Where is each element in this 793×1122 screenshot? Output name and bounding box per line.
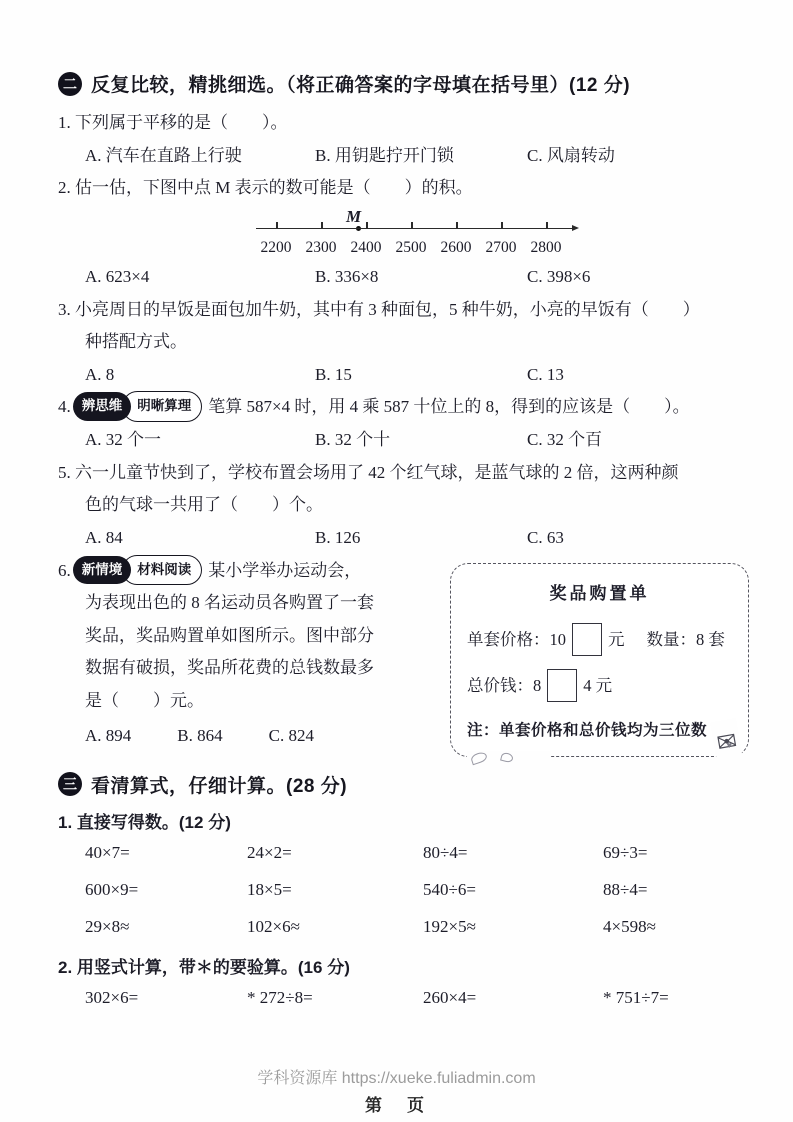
prize-total-line: 总价钱：8 4 元 bbox=[467, 669, 732, 702]
section-choice-header: 二 反复比较，精挑细选。（将正确答案的字母填在括号里）(12 分) bbox=[58, 70, 749, 97]
footer-site-link: 学科资源库 https://xueke.fuliadmin.com bbox=[0, 1065, 793, 1088]
option-a: A. 894 bbox=[85, 720, 131, 753]
calc-item: 4×598≈ bbox=[603, 917, 749, 937]
question-6-line4: 数据有破损，奖品所花费的总钱数最多 bbox=[58, 652, 436, 685]
vertical-calc-heading: 2. 用竖式计算，带＊的要验算。(16 分) bbox=[58, 953, 749, 978]
damaged-digit-box bbox=[547, 669, 577, 702]
option-b: B. 用钥匙拧开门锁 bbox=[315, 140, 527, 173]
price-unit: 元 bbox=[608, 624, 625, 656]
question-6-line1: 6.新情境材料阅读某小学举办运动会， bbox=[58, 555, 436, 588]
number-line: 2200 2300 2400 2500 2600 2700 2800 M bbox=[256, 207, 578, 259]
calc-item: 88÷4= bbox=[603, 880, 749, 900]
question-4-text-line: 4.辨思维明晰算理笔算 587×4 时，用 4 乘 587 十位上的 8，得到的… bbox=[58, 391, 749, 424]
question-3-options: A. 8 B. 15 C. 13 bbox=[58, 359, 749, 392]
badge-new-context: 新情境 bbox=[73, 556, 132, 585]
question-6-line5: 是（ ）元。 bbox=[58, 685, 436, 718]
option-a: A. 84 bbox=[85, 522, 315, 555]
calc-item: 260×4= bbox=[423, 988, 603, 1008]
price-label: 单套价格：10 bbox=[467, 624, 566, 656]
question-4-text: 笔算 587×4 时，用 4 乘 587 十位上的 8，得到的应该是（ ）。 bbox=[208, 397, 689, 416]
damaged-digit-box bbox=[572, 623, 602, 656]
question-6-text: 某小学举办运动会， bbox=[208, 561, 361, 580]
question-6-line3: 奖品，奖品购置单如图所示。图中部分 bbox=[58, 620, 436, 653]
prize-card-title: 奖品购置单 bbox=[467, 578, 732, 611]
tick-label: 2700 bbox=[478, 233, 524, 263]
option-c: C. 398×6 bbox=[527, 261, 749, 294]
option-c: C. 63 bbox=[527, 522, 749, 555]
badge-reasoning: 明晰算理 bbox=[122, 391, 202, 422]
calc-item: 302×6= bbox=[85, 988, 247, 1008]
exam-page: 二 反复比较，精挑细选。（将正确答案的字母填在括号里）(12 分) 1. 下列属… bbox=[0, 0, 793, 1122]
tick-label: 2300 bbox=[298, 233, 344, 263]
prize-card-note: 注：单套价格和总价钱均为三位数 bbox=[467, 716, 732, 746]
option-a: A. 汽车在直路上行驶 bbox=[85, 140, 315, 173]
section-choice-title: 反复比较，精挑细选。（将正确答案的字母填在括号里）(12 分) bbox=[91, 70, 630, 97]
calc-item: 29×8≈ bbox=[85, 917, 247, 937]
question-6-options: A. 894 B. 864 C. 824 bbox=[58, 720, 436, 753]
total-suffix: 4 元 bbox=[583, 670, 612, 702]
tick-label: 2500 bbox=[388, 233, 434, 263]
section-calc-header: 三 看清算式，仔细计算。(28 分) bbox=[58, 771, 749, 798]
option-a: A. 623×4 bbox=[85, 261, 315, 294]
calc-item: 540÷6= bbox=[423, 880, 603, 900]
calc-item: 102×6≈ bbox=[247, 917, 423, 937]
question-6-line2: 为表现出色的 8 名运动员各购置了一套 bbox=[58, 587, 436, 620]
footer-page-number: 第 页 bbox=[0, 1091, 793, 1116]
question-6: 6.新情境材料阅读某小学举办运动会， 为表现出色的 8 名运动员各购置了一套 奖… bbox=[58, 555, 749, 757]
option-b: B. 126 bbox=[315, 522, 527, 555]
question-3-line1: 3. 小亮周日的早饭是面包加牛奶，其中有 3 种面包，5 种牛奶，小亮的早饭有（… bbox=[58, 294, 749, 327]
option-c: C. 风扇转动 bbox=[527, 140, 749, 173]
tick-label: 2800 bbox=[523, 233, 569, 263]
badge-material-reading: 材料阅读 bbox=[122, 555, 202, 586]
number-line-axis bbox=[256, 228, 574, 230]
question-6-number: 6. bbox=[58, 561, 71, 580]
question-4-options: A. 32 个一 B. 32 个十 C. 32 个百 bbox=[58, 424, 749, 457]
tick-label: 2600 bbox=[433, 233, 479, 263]
calc-item: 80÷4= bbox=[423, 843, 603, 863]
question-6-text-block: 6.新情境材料阅读某小学举办运动会， 为表现出色的 8 名运动员各购置了一套 奖… bbox=[58, 555, 436, 753]
option-a: A. 32 个一 bbox=[85, 424, 315, 457]
question-1-options: A. 汽车在直路上行驶 B. 用钥匙拧开门锁 C. 风扇转动 bbox=[58, 140, 749, 173]
badge-thinking: 辨思维 bbox=[73, 392, 132, 421]
question-4-number: 4. bbox=[58, 397, 71, 416]
calc-item: * 272÷8= bbox=[247, 988, 423, 1008]
direct-calc-heading: 1. 直接写得数。(12 分) bbox=[58, 808, 749, 833]
question-4: 4.辨思维明晰算理笔算 587×4 时，用 4 乘 587 十位上的 8，得到的… bbox=[58, 391, 749, 456]
section-three-icon: 三 bbox=[58, 772, 82, 796]
section-calc-title: 看清算式，仔细计算。(28 分) bbox=[91, 771, 347, 798]
question-1-text: 1. 下列属于平移的是（ ）。 bbox=[58, 107, 749, 140]
calc-item: 40×7= bbox=[85, 843, 247, 863]
option-c: C. 13 bbox=[527, 359, 749, 392]
question-5-line2: 色的气球一共用了（ ）个。 bbox=[58, 489, 749, 522]
question-3: 3. 小亮周日的早饭是面包加牛奶，其中有 3 种面包，5 种牛奶，小亮的早饭有（… bbox=[58, 294, 749, 392]
question-2-options: A. 623×4 B. 336×8 C. 398×6 bbox=[58, 261, 749, 294]
question-3-line2: 种搭配方式。 bbox=[58, 326, 749, 359]
question-5: 5. 六一儿童节快到了，学校布置会场用了 42 个红气球，是蓝气球的 2 倍，这… bbox=[58, 457, 749, 555]
option-c: C. 824 bbox=[269, 720, 314, 753]
calc-item: 600×9= bbox=[85, 880, 247, 900]
option-b: B. 32 个十 bbox=[315, 424, 527, 457]
option-c: C. 32 个百 bbox=[527, 424, 749, 457]
question-6-badges: 新情境材料阅读 bbox=[73, 555, 203, 586]
option-a: A. 8 bbox=[85, 359, 315, 392]
page-content: 二 反复比较，精挑细选。（将正确答案的字母填在括号里）(12 分) 1. 下列属… bbox=[0, 0, 793, 1008]
question-2-text: 2. 估一估，下图中点 M 表示的数可能是（ ）的积。 bbox=[58, 172, 749, 205]
calc-item: 24×2= bbox=[247, 843, 423, 863]
vertical-calc-row: 302×6= * 272÷8= 260×4= * 751÷7= bbox=[58, 988, 749, 1008]
total-label: 总价钱：8 bbox=[467, 670, 541, 702]
prize-purchase-card: 奖品购置单 单套价格：10 元 数量：8 套 总价钱：8 4 元 注：单套价格和… bbox=[450, 563, 749, 757]
tick-label: 2200 bbox=[253, 233, 299, 263]
option-b: B. 864 bbox=[177, 720, 222, 753]
prize-price-line: 单套价格：10 元 数量：8 套 bbox=[467, 623, 732, 656]
question-2: 2. 估一估，下图中点 M 表示的数可能是（ ）的积。 2200 2300 24… bbox=[58, 172, 749, 293]
question-4-badges: 辨思维明晰算理 bbox=[73, 391, 203, 422]
quantity-label: 数量：8 套 bbox=[647, 624, 725, 656]
calc-item: * 751÷7= bbox=[603, 988, 749, 1008]
question-5-line1: 5. 六一儿童节快到了，学校布置会场用了 42 个红气球，是蓝气球的 2 倍，这… bbox=[58, 457, 749, 490]
direct-calc-grid: 40×7= 24×2= 80÷4= 69÷3= 600×9= 18×5= 540… bbox=[58, 843, 749, 937]
calc-item: 18×5= bbox=[247, 880, 423, 900]
option-b: B. 15 bbox=[315, 359, 527, 392]
question-5-options: A. 84 B. 126 C. 63 bbox=[58, 522, 749, 555]
question-1: 1. 下列属于平移的是（ ）。 A. 汽车在直路上行驶 B. 用钥匙拧开门锁 C… bbox=[58, 107, 749, 172]
calc-item: 192×5≈ bbox=[423, 917, 603, 937]
calc-item: 69÷3= bbox=[603, 843, 749, 863]
leaf-decoration bbox=[467, 751, 551, 762]
heart-icon: ♥ bbox=[727, 737, 732, 754]
tick-label: 2400 bbox=[343, 233, 389, 263]
option-b: B. 336×8 bbox=[315, 261, 527, 294]
section-two-icon: 二 bbox=[58, 72, 82, 96]
